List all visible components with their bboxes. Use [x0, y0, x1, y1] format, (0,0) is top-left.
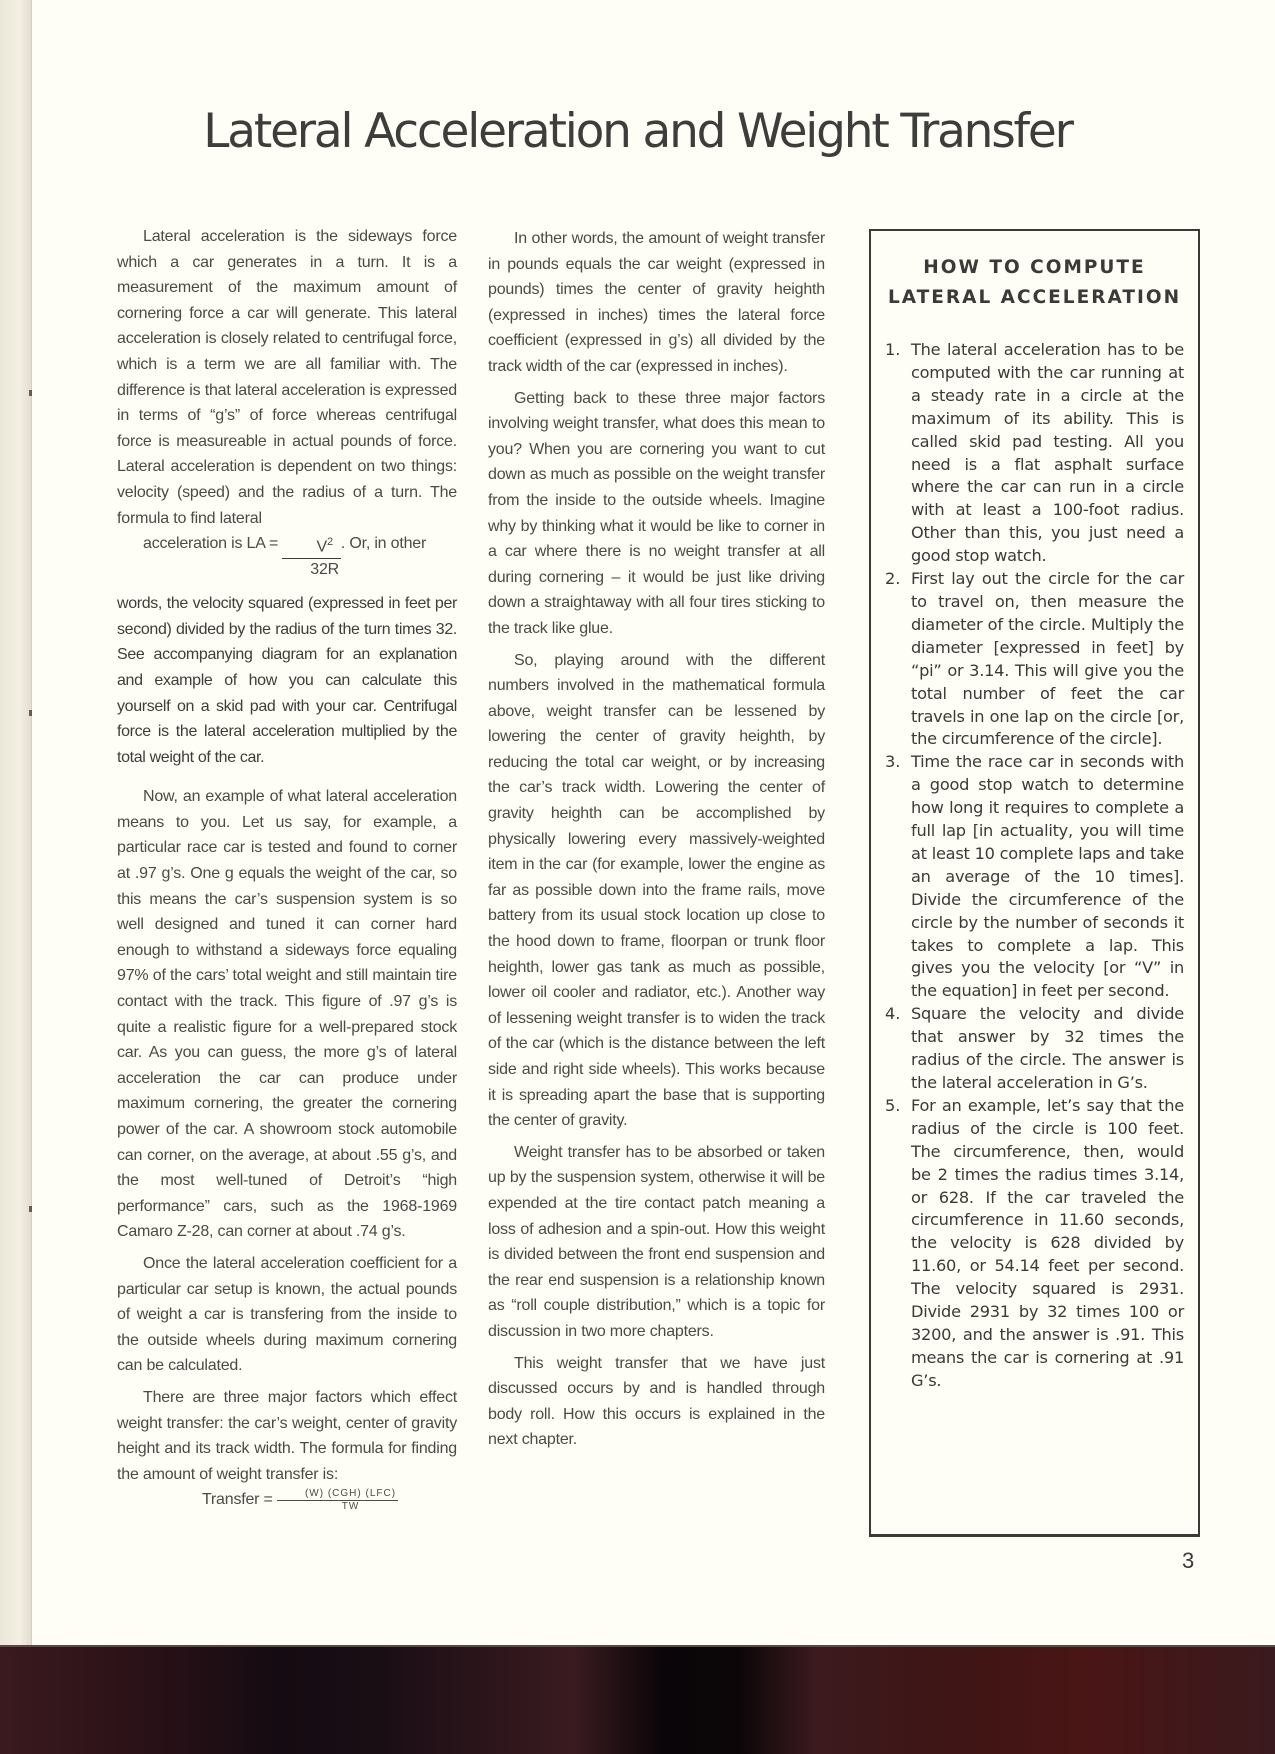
- step-number: 2.: [885, 568, 911, 751]
- step-text: For an example, let’s say that the radiu…: [911, 1095, 1184, 1393]
- paragraph: Weight transfer has to be absorbed or ta…: [488, 1140, 825, 1345]
- paragraph: This weight transfer that we have just d…: [488, 1351, 825, 1453]
- transfer-label: Transfer =: [202, 1492, 277, 1509]
- step-number: 1.: [885, 339, 911, 568]
- step-number: 5.: [885, 1095, 911, 1393]
- paragraph: words, the velocity squared (expressed i…: [117, 591, 457, 770]
- sidebar-title-line-1: HOW TO COMPUTE: [871, 253, 1198, 283]
- paragraph: Now, an example of what lateral accelera…: [117, 784, 457, 1245]
- formula-prefix: acceleration is LA =: [143, 535, 282, 552]
- paragraph: There are three major factors which effe…: [117, 1385, 457, 1487]
- step-item: 3.Time the race car in seconds with a go…: [885, 751, 1184, 1003]
- lateral-acceleration-formula: acceleration is LA = V232R. Or, in other: [117, 531, 457, 581]
- scan-background-strip: [0, 1645, 1275, 1754]
- formula-fraction: V232R: [282, 531, 340, 581]
- page-number: 3: [1182, 1548, 1194, 1574]
- paragraph: Getting back to these three major factor…: [488, 386, 825, 642]
- step-number: 3.: [885, 751, 911, 1003]
- formula-suffix: . Or, in other: [341, 535, 426, 552]
- sidebar-title-line-2: LATERAL ACCELERATION: [871, 283, 1198, 313]
- step-item: 5.For an example, let’s say that the rad…: [885, 1095, 1184, 1393]
- step-text: Time the race car in seconds with a good…: [911, 751, 1184, 1003]
- paragraph: Lateral acceleration is the sideways for…: [117, 224, 457, 531]
- step-number: 4.: [885, 1003, 911, 1095]
- sidebar-title: HOW TO COMPUTE LATERAL ACCELERATION: [871, 253, 1198, 313]
- page-title: Lateral Acceleration and Weight Transfer: [0, 104, 1275, 159]
- steps-list: 1.The lateral acceleration has to be com…: [871, 339, 1198, 1393]
- text-column-2: In other words, the amount of weight tra…: [488, 226, 825, 1453]
- how-to-compute-sidebar: HOW TO COMPUTE LATERAL ACCELERATION 1.Th…: [869, 229, 1200, 1537]
- text-column-1: Lateral acceleration is the sideways for…: [117, 224, 457, 1513]
- transfer-denominator: TW: [277, 1501, 398, 1513]
- page-binding-edge: [0, 0, 32, 1645]
- paragraph: In other words, the amount of weight tra…: [488, 226, 825, 380]
- weight-transfer-formula: Transfer = (W) (CGH) (LFC)TW: [117, 1487, 457, 1513]
- paragraph: So, playing around with the different nu…: [488, 648, 825, 1134]
- step-text: The lateral acceleration has to be compu…: [911, 339, 1184, 568]
- transfer-numerator: (W) (CGH) (LFC): [277, 1487, 398, 1501]
- step-text: Square the velocity and divide that answ…: [911, 1003, 1184, 1095]
- paragraph: Once the lateral acceleration coefficien…: [117, 1251, 457, 1379]
- step-text: First lay out the circle for the car to …: [911, 568, 1184, 751]
- step-item: 1.The lateral acceleration has to be com…: [885, 339, 1184, 568]
- formula-numerator: V2: [282, 531, 340, 559]
- step-item: 4.Square the velocity and divide that an…: [885, 1003, 1184, 1095]
- step-item: 2.First lay out the circle for the car t…: [885, 568, 1184, 751]
- numerator-v: V: [316, 538, 326, 555]
- formula-denominator: 32R: [282, 559, 340, 581]
- numerator-exponent: 2: [327, 536, 333, 548]
- transfer-fraction: (W) (CGH) (LFC)TW: [277, 1487, 398, 1513]
